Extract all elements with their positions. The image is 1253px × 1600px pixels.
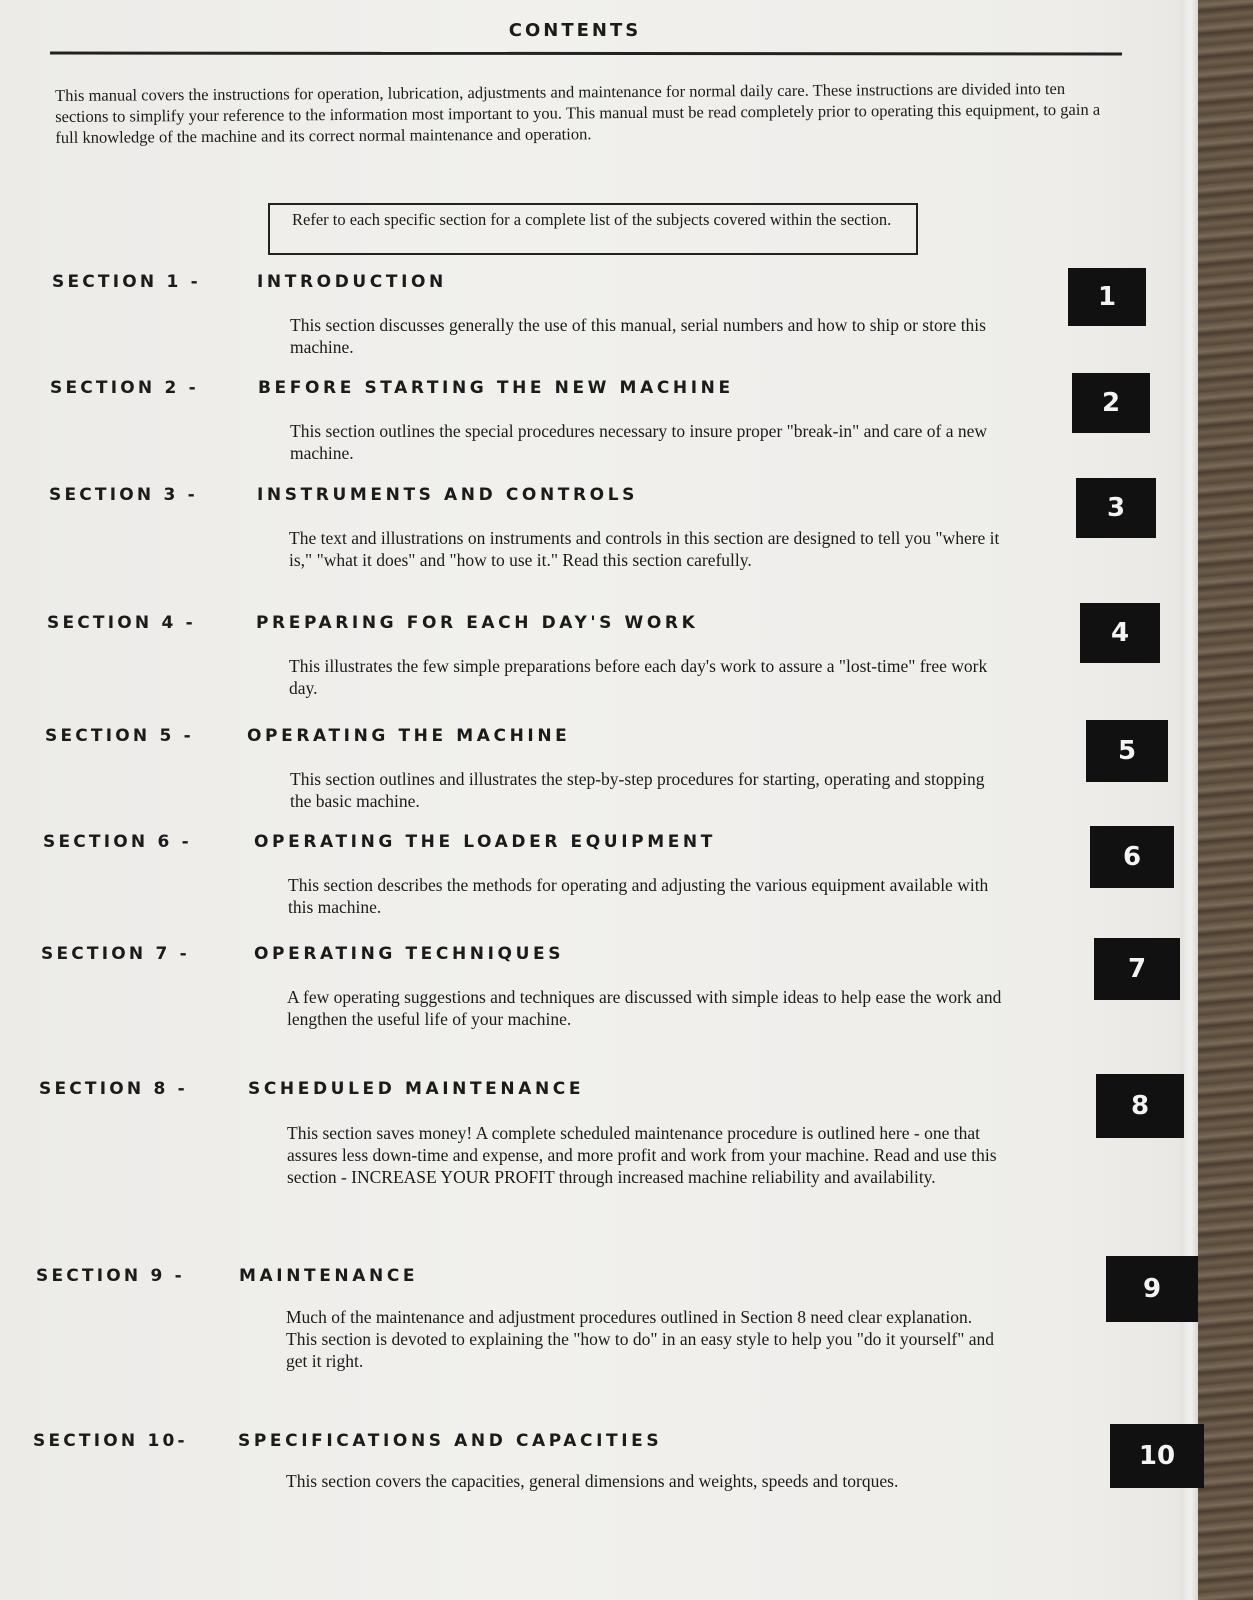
section-title: INTRODUCTION — [257, 272, 447, 292]
section-title: OPERATING THE MACHINE — [247, 726, 570, 746]
section-number-label: SECTION 3 - — [49, 485, 198, 505]
section-tab-marker[interactable]: 9 — [1106, 1256, 1198, 1322]
section-description: Much of the maintenance and adjustment p… — [286, 1306, 1006, 1372]
section-tab-marker[interactable]: 8 — [1096, 1074, 1184, 1138]
section-title: INSTRUMENTS AND CONTROLS — [257, 485, 638, 505]
intro-paragraph: This manual covers the instructions for … — [55, 78, 1100, 148]
section-number-label: SECTION 4 - — [47, 613, 196, 633]
section-tab-marker[interactable]: 5 — [1086, 720, 1168, 782]
page-title: CONTENTS — [0, 20, 1150, 41]
page-stack-edge — [1180, 0, 1198, 1600]
section-number-label: SECTION 8 - — [39, 1079, 188, 1099]
section-title: BEFORE STARTING THE NEW MACHINE — [258, 378, 734, 398]
section-title: PREPARING FOR EACH DAY'S WORK — [256, 613, 698, 633]
reference-note-box: Refer to each specific section for a com… — [268, 203, 918, 255]
section-title: OPERATING TECHNIQUES — [254, 944, 564, 964]
wood-table-background — [1198, 0, 1253, 1600]
section-title: OPERATING THE LOADER EQUIPMENT — [254, 832, 716, 852]
section-tab-marker[interactable]: 7 — [1094, 938, 1180, 1000]
section-tab-marker[interactable]: 4 — [1080, 603, 1160, 663]
section-number-label: SECTION 2 - — [50, 378, 199, 398]
title-rule — [50, 52, 1122, 56]
section-number-label: SECTION 5 - — [45, 726, 194, 746]
section-description: This section discusses generally the use… — [290, 314, 1010, 358]
section-title: SPECIFICATIONS AND CAPACITIES — [238, 1431, 662, 1451]
section-description: This section outlines the special proced… — [290, 420, 1010, 464]
section-description: This illustrates the few simple preparat… — [289, 655, 1009, 699]
section-description: This section outlines and illustrates th… — [290, 768, 1010, 812]
section-description: This section covers the capacities, gene… — [286, 1470, 1006, 1492]
section-number-label: SECTION 6 - — [43, 832, 192, 852]
section-tab-marker[interactable]: 10 — [1110, 1424, 1204, 1488]
section-tab-marker[interactable]: 3 — [1076, 478, 1156, 538]
section-tab-marker[interactable]: 6 — [1090, 826, 1174, 888]
section-description: A few operating suggestions and techniqu… — [287, 986, 1007, 1030]
section-number-label: SECTION 9 - — [36, 1266, 185, 1286]
section-tab-marker[interactable]: 2 — [1072, 373, 1150, 433]
section-description: The text and illustrations on instrument… — [289, 527, 1009, 571]
section-title: SCHEDULED MAINTENANCE — [248, 1079, 584, 1099]
section-title: MAINTENANCE — [239, 1266, 418, 1286]
section-description: This section saves money! A complete sch… — [287, 1122, 1007, 1188]
section-number-label: SECTION 10- — [33, 1431, 188, 1451]
section-number-label: SECTION 1 - — [52, 272, 201, 292]
section-tab-marker[interactable]: 1 — [1068, 268, 1146, 326]
section-description: This section describes the methods for o… — [288, 874, 1008, 918]
contents-page: CONTENTS This manual covers the instruct… — [0, 0, 1180, 1600]
section-number-label: SECTION 7 - — [41, 944, 190, 964]
